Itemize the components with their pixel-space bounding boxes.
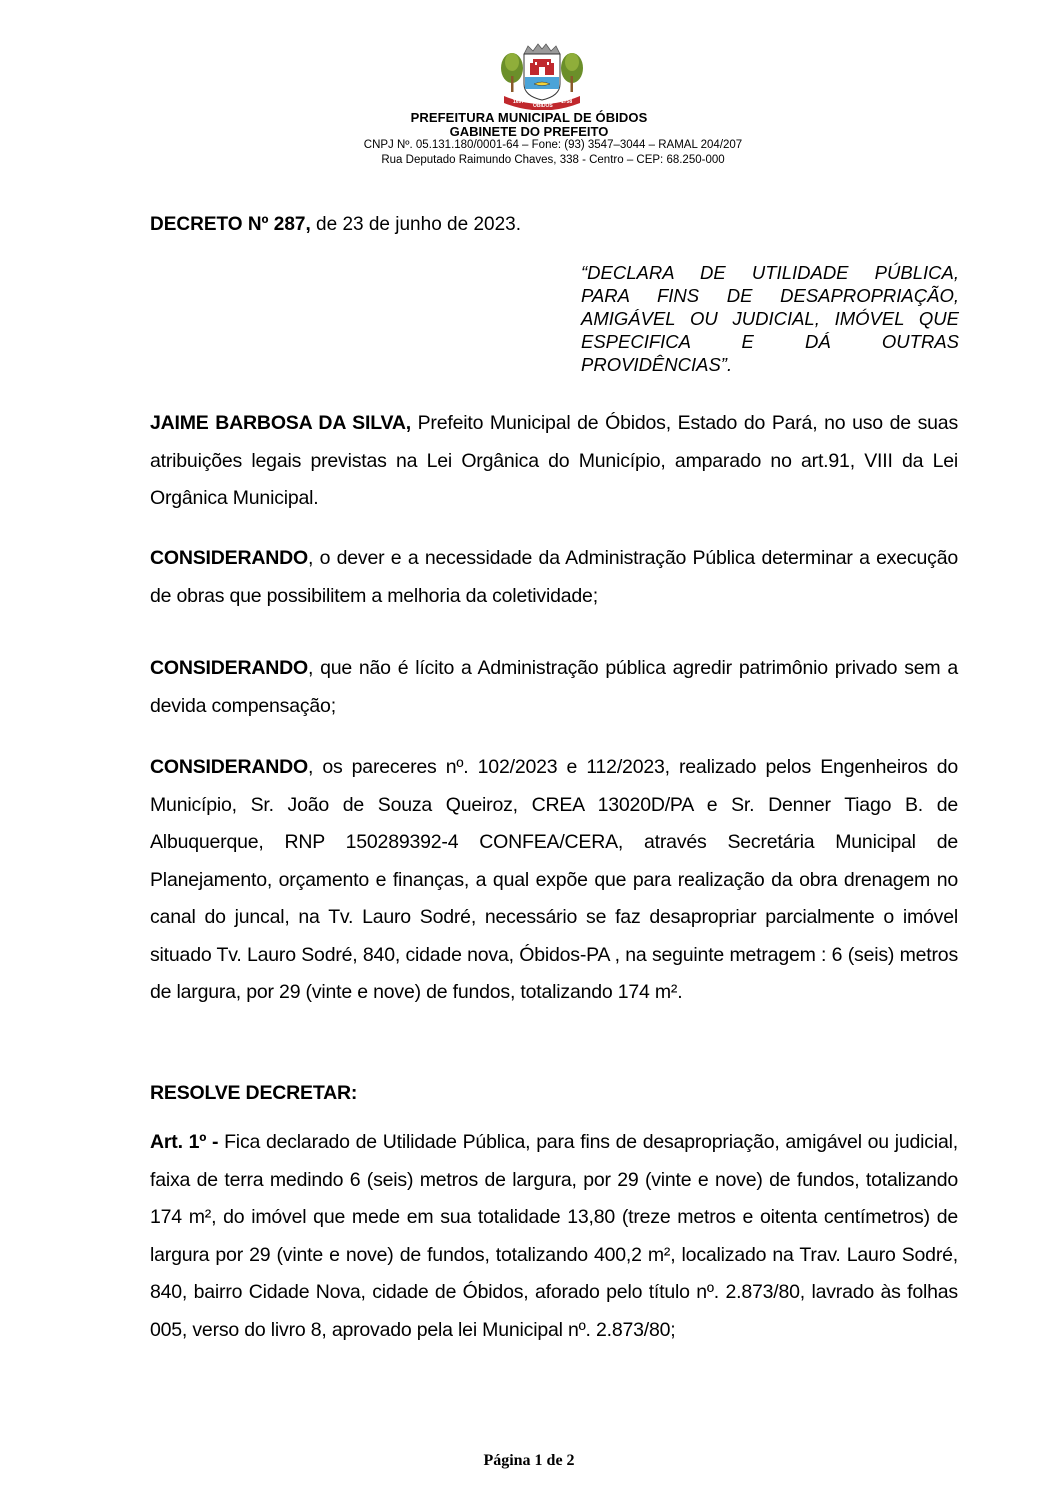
- intro-paragraph: JAIME BARBOSA DA SILVA, Prefeito Municip…: [150, 405, 958, 518]
- page-number: Página 1 de 2: [0, 1452, 1058, 1470]
- article-label: Art. 1º -: [150, 1131, 218, 1153]
- svg-text:ÓBIDOS: ÓBIDOS: [533, 101, 553, 109]
- ementa-line: “DECLARA DE UTILIDADE PÚBLICA,: [581, 261, 959, 284]
- article-paragraph: Art. 1º - Fica declarado de Utilidade Pú…: [150, 1124, 958, 1349]
- decree-title: DECRETO Nº 287, de 23 de junho de 2023.: [150, 214, 521, 237]
- consideration-label: CONSIDERANDO: [150, 547, 308, 569]
- coat-of-arms-icon: 1697 ÓBIDOS 1758: [500, 40, 584, 110]
- resolve-heading: RESOLVE DECRETAR:: [150, 1075, 958, 1113]
- consideration-label: CONSIDERANDO: [150, 756, 308, 778]
- svg-text:1697: 1697: [513, 99, 524, 105]
- ementa-line: AMIGÁVEL OU JUDICIAL, IMÓVEL QUE: [581, 307, 959, 330]
- decree-number: DECRETO Nº 287,: [150, 214, 311, 235]
- consideration-label: CONSIDERANDO: [150, 657, 308, 679]
- consideration-text: , os pareceres nº. 102/2023 e 112/2023, …: [150, 756, 958, 1003]
- cnpj-contact-line: CNPJ Nº. 05.131.180/0001-64 – Fone: (93)…: [24, 140, 1058, 152]
- document-page: 1697 ÓBIDOS 1758 PREFEITURA MUNICIPAL DE…: [0, 0, 1058, 1497]
- article-text: Fica declarado de Utilidade Pública, par…: [150, 1131, 958, 1341]
- decree-date: de 23 de junho de 2023.: [311, 214, 521, 235]
- ementa-line: ESPECIFICA E DÁ OUTRAS: [581, 330, 959, 353]
- ementa-line: PARA FINS DE DESAPROPRIAÇÃO,: [581, 284, 959, 307]
- mayor-name: JAIME BARBOSA DA SILVA,: [150, 412, 411, 434]
- address-line: Rua Deputado Raimundo Chaves, 338 - Cent…: [24, 155, 1058, 167]
- consideration-paragraph: CONSIDERANDO, o dever e a necessidade da…: [150, 540, 958, 615]
- consideration-paragraph: CONSIDERANDO, os pareceres nº. 102/2023 …: [150, 749, 958, 1012]
- ementa-line: PROVIDÊNCIAS”.: [581, 353, 959, 376]
- office-name: GABINETE DO PREFEITO: [0, 125, 1058, 138]
- consideration-paragraph: CONSIDERANDO, que não é lícito a Adminis…: [150, 650, 958, 725]
- decree-ementa: “DECLARA DE UTILIDADE PÚBLICA, PARA FINS…: [581, 261, 959, 376]
- organization-name: PREFEITURA MUNICIPAL DE ÓBIDOS: [0, 111, 1058, 124]
- svg-text:1758: 1758: [561, 99, 572, 105]
